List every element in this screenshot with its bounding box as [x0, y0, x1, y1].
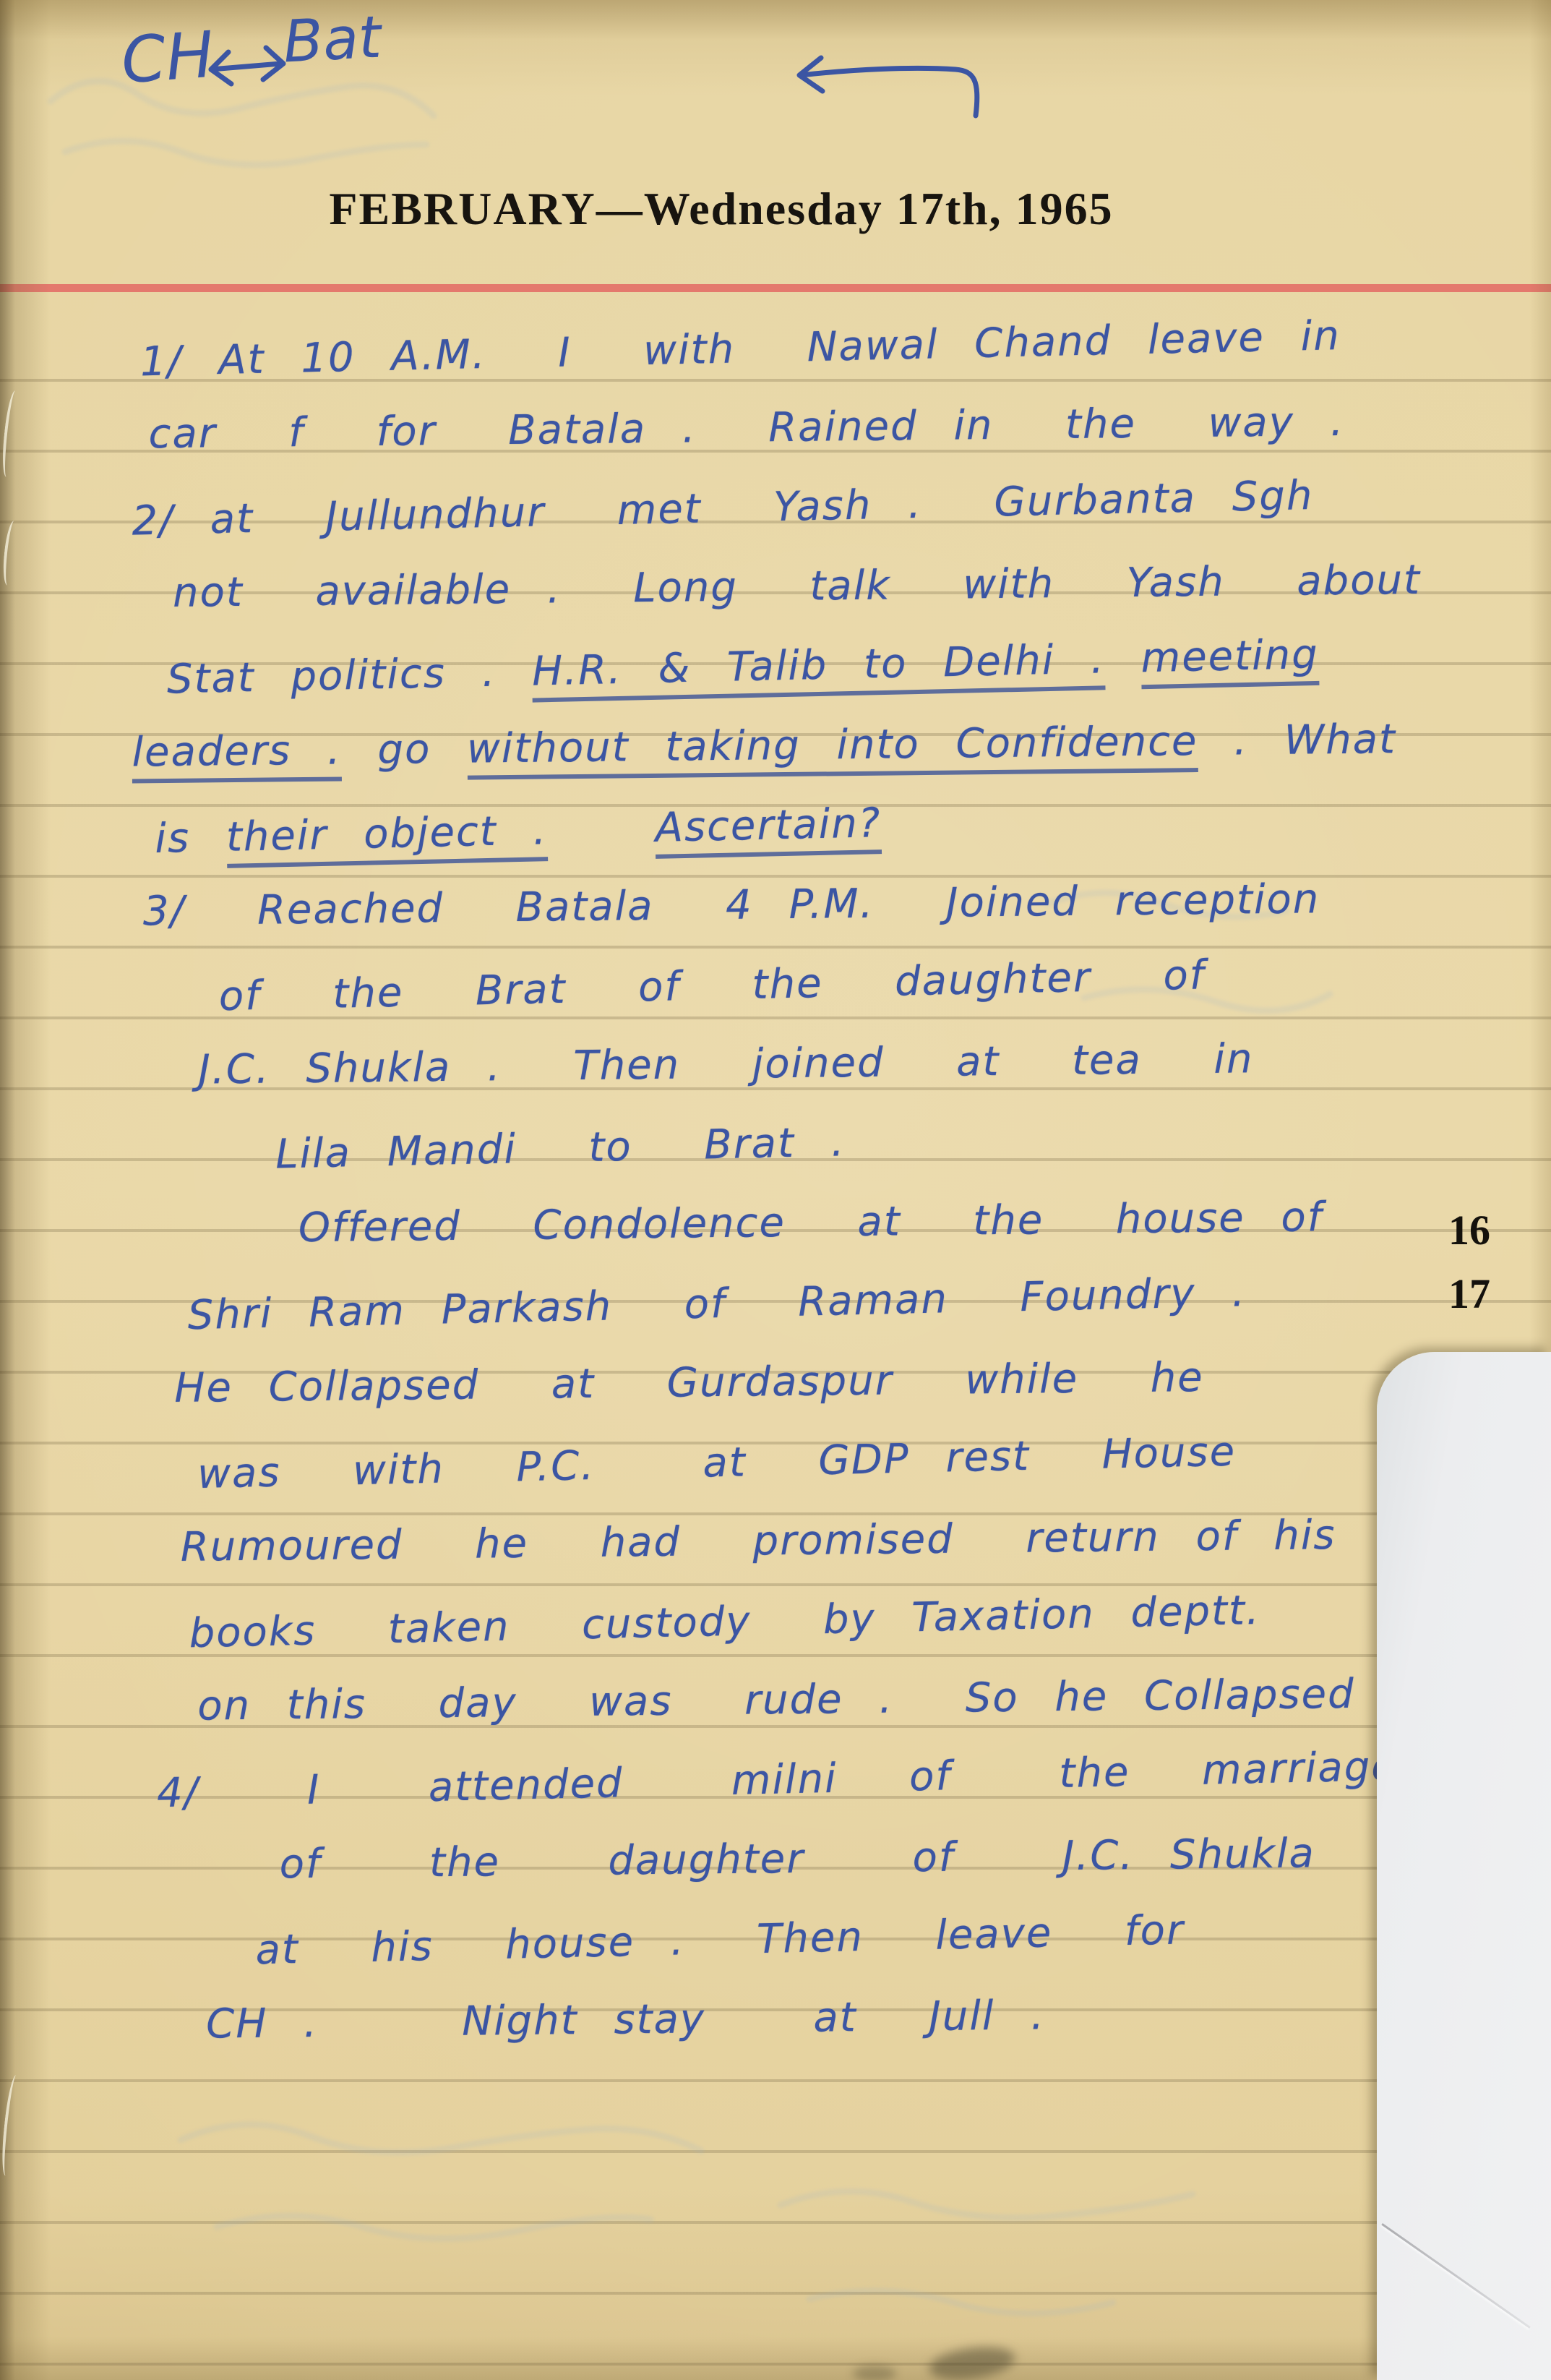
underlined-text: leaders .	[132, 727, 342, 783]
handwritten-text: of the Brat of the daughter of	[218, 951, 1206, 1020]
underlined-text: without taking into Confidence	[467, 718, 1198, 780]
printed-date-header: FEBRUARY—Wednesday 17th, 1965	[0, 182, 1497, 236]
handwritten-text: He Collapsed at Gurdaspur while he	[174, 1354, 1204, 1412]
handwritten-text: Stat politics .	[166, 648, 533, 703]
handwritten-text: Shri Ram Parkash of Raman Foundry .	[187, 1269, 1247, 1339]
handwritten-text: car f for Batala . Rained in the way .	[148, 398, 1344, 458]
double-arrow-icon	[0, 0, 1551, 188]
handwritten-text: CH . Night stay at Jull .	[206, 1992, 1045, 2047]
handwritten-text: 2/ at Jullundhur met Yash . Gurbanta Sgh	[132, 472, 1314, 545]
white-paper-insert	[1377, 1352, 1551, 2380]
handwritten-text: J.C. Shukla . Then joined at tea in	[198, 1035, 1254, 1093]
handwritten-text: go	[341, 726, 467, 774]
diary-page-scan: FEBRUARY—Wednesday 17th, 1965 16 17 CH B…	[0, 0, 1551, 2380]
paper-crease	[1381, 2223, 1531, 2329]
handwritten-text: Offered Condolence at the house of	[298, 1194, 1323, 1251]
diary-text: 1/ At 10 A.M. I with Nawal Chand leave i…	[53, 298, 1526, 2070]
underlined-text: H.R. & Talib to Delhi .	[532, 635, 1106, 702]
underlined-text: meeting	[1140, 631, 1320, 689]
handwritten-text: Rumoured he had promised return of his	[180, 1512, 1336, 1571]
handwritten-text: 4/ I attended milni of the marriage	[156, 1743, 1398, 1817]
handwritten-text	[1104, 635, 1141, 682]
handwritten-text: on this day was rude . So he Collapsed	[197, 1671, 1355, 1730]
handwritten-text: . What	[1198, 716, 1396, 765]
handwritten-text: is	[155, 814, 227, 862]
handwritten-text: 1/ At 10 A.M. I with Nawal Chand leave i…	[139, 312, 1341, 385]
underlined-text: Ascertain?	[655, 800, 882, 859]
red-header-rule	[0, 284, 1551, 292]
diary-line: CH . Night stay at Jull .	[80, 1972, 1526, 2066]
page-edge-shading-left	[0, 0, 51, 2380]
handwritten-text: not available . Long talk with Yash abou…	[173, 557, 1421, 617]
underlined-text: their object .	[225, 807, 548, 868]
handwritten-text	[547, 805, 656, 854]
handwritten-text: of the daughter of J.C. Shukla	[279, 1830, 1315, 1888]
ink-smudge	[853, 2366, 896, 2380]
handwritten-text: was with P.C. at GDP rest House	[197, 1429, 1237, 1498]
handwritten-text: 3/ Reached Batala 4 P.M. Joined receptio…	[143, 876, 1320, 935]
page-edge-shading-bottom	[0, 2337, 1551, 2380]
handwritten-text: Lila Mandi to Brat .	[275, 1118, 846, 1178]
handwritten-text: books taken custody by Taxation deptt.	[189, 1587, 1260, 1657]
handwritten-text: at his house . Then leave for	[255, 1906, 1185, 1974]
